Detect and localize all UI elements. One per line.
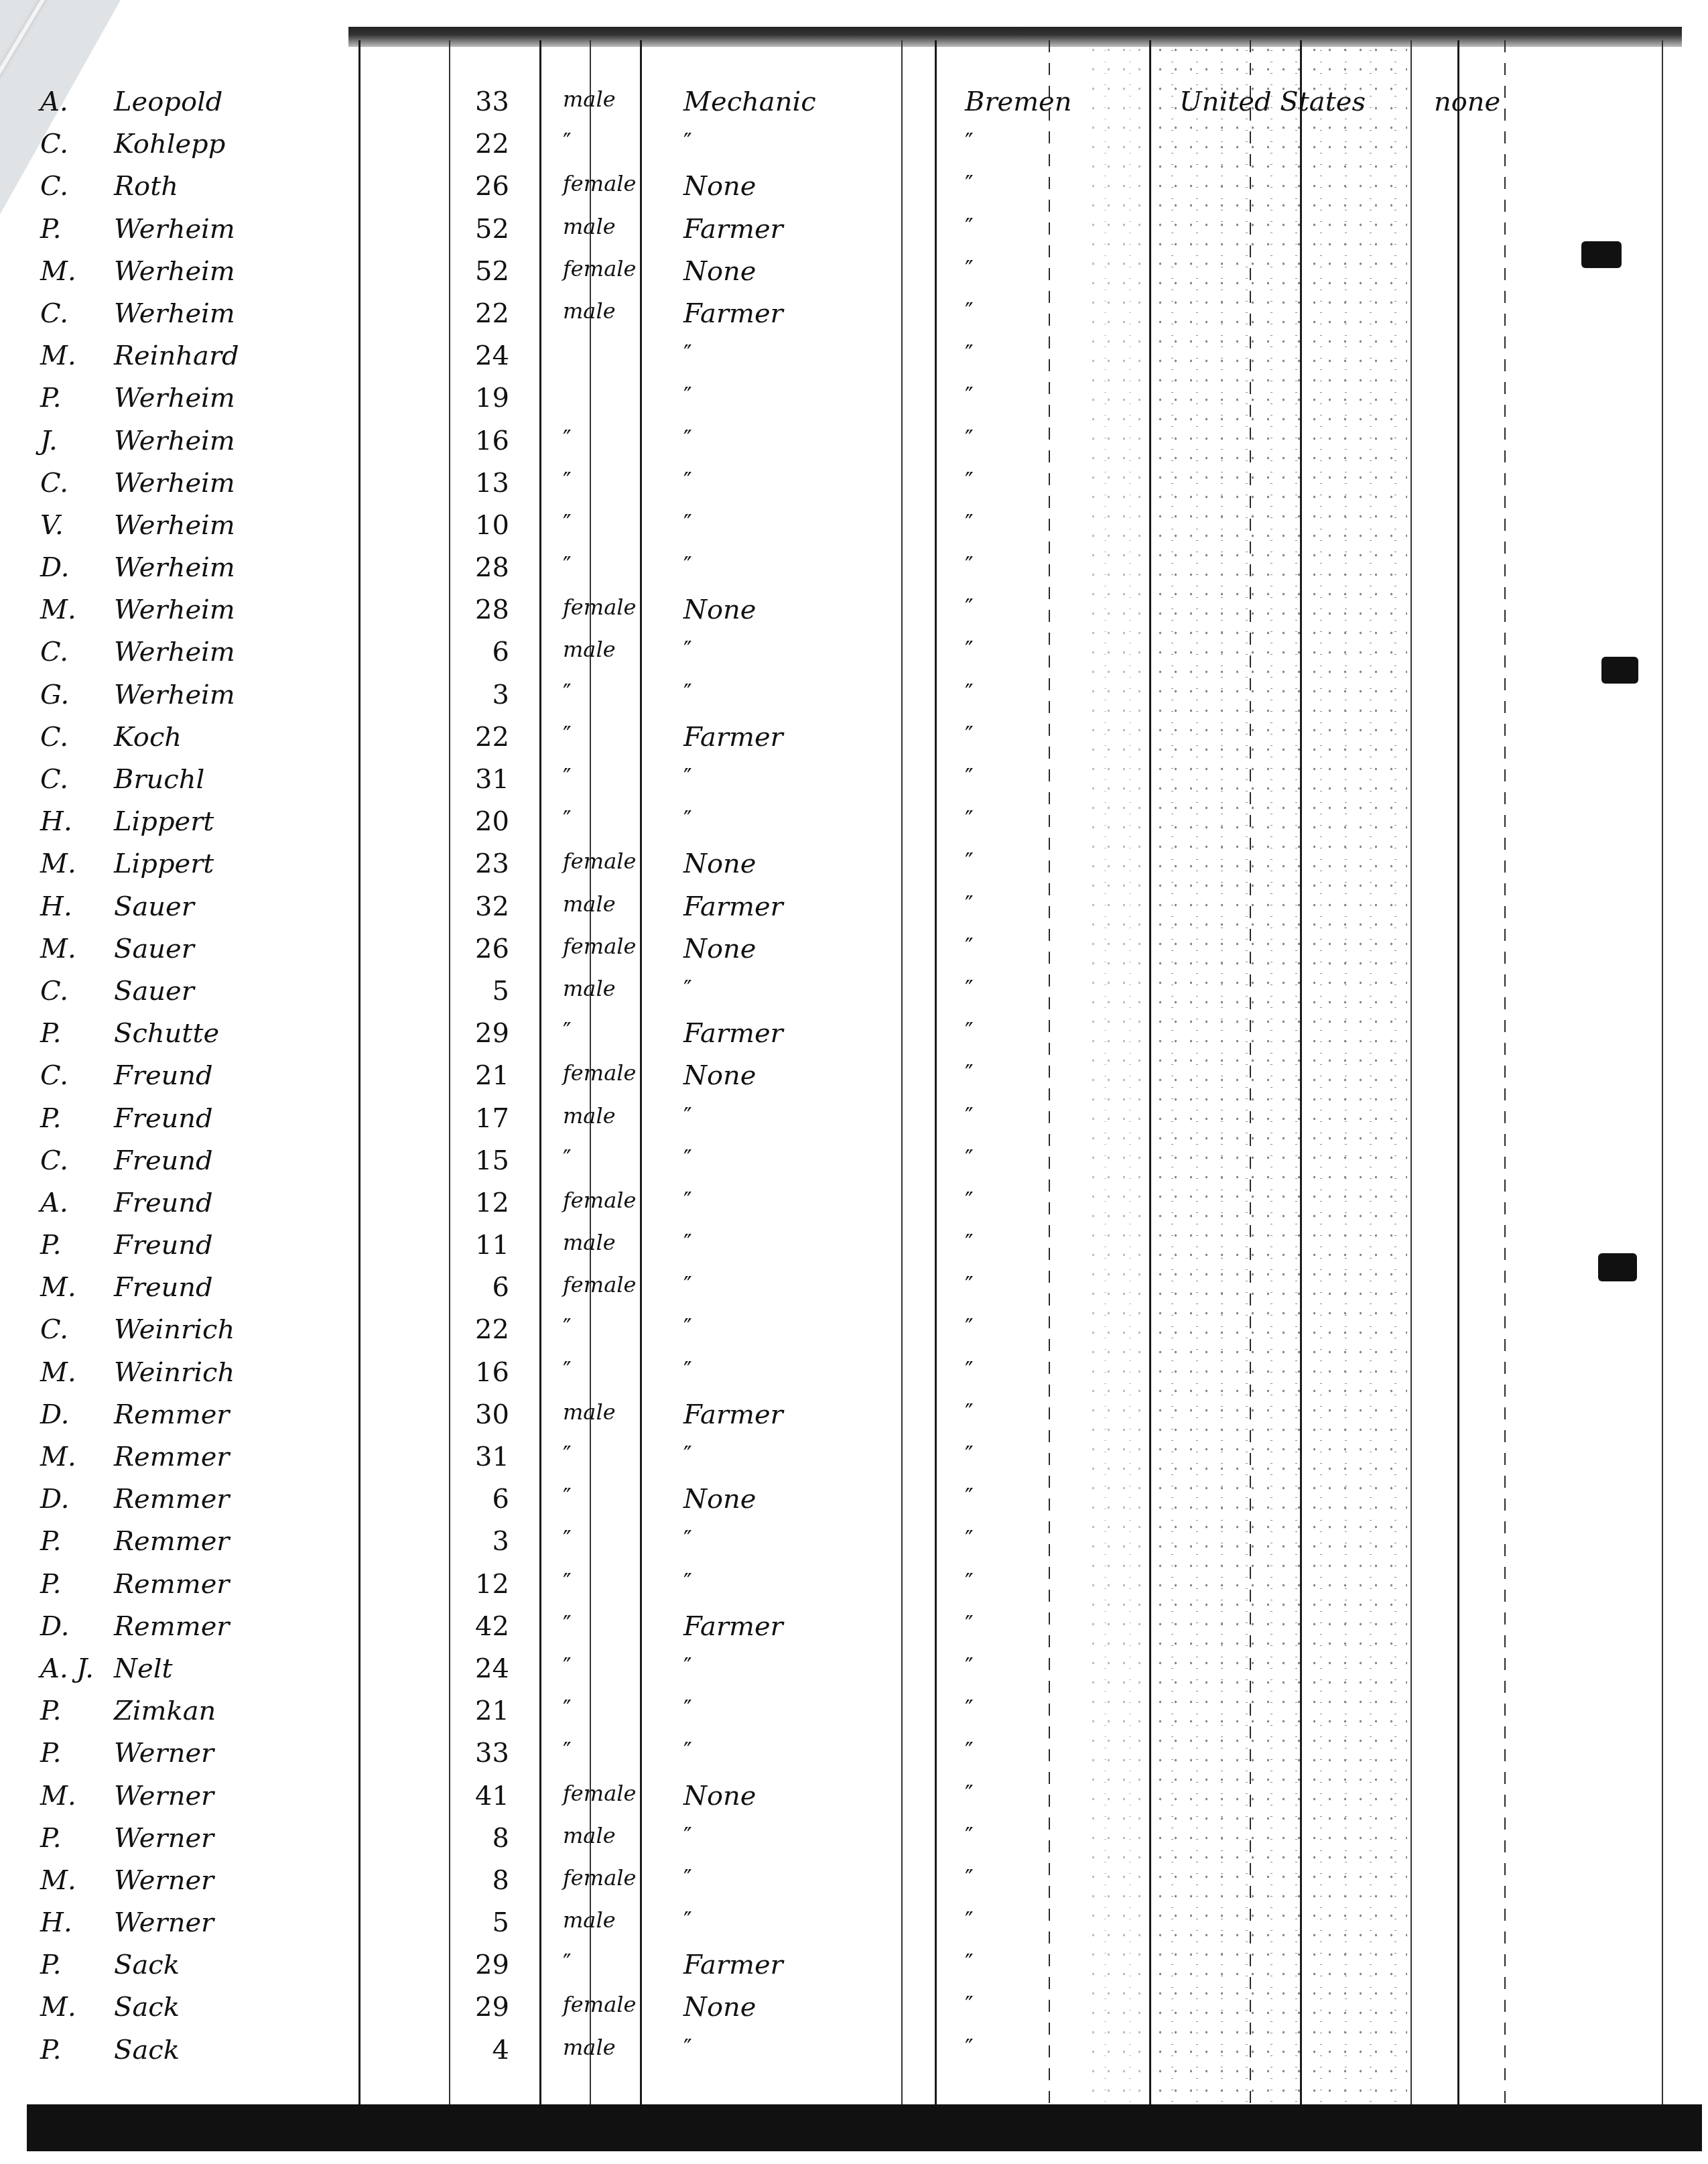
passenger-age: 24 — [462, 340, 509, 371]
passenger-occupation: None — [683, 171, 757, 202]
passenger-initial: M. — [40, 934, 87, 964]
passenger-surname: Freund — [114, 1145, 213, 1176]
passenger-initial: C. — [40, 1060, 87, 1091]
passenger-row: C. Freund 21 female None ″ — [40, 1058, 1668, 1100]
passenger-age: 16 — [462, 1357, 509, 1388]
passenger-initial: P. — [40, 1526, 87, 1557]
passenger-occupation: ″ — [683, 1569, 692, 1596]
passenger-surname: Sack — [114, 1992, 180, 2023]
passenger-row: C. Roth 26 female None ″ — [40, 168, 1668, 210]
passenger-occupation: ″ — [683, 1907, 692, 1934]
passenger-row: M. Sauer 26 female None ″ — [40, 931, 1668, 973]
passenger-row: P. Schutte 29 ″ Farmer ″ — [40, 1015, 1668, 1058]
passenger-occupation: ″ — [683, 1357, 692, 1384]
passenger-initial: C. — [40, 764, 87, 795]
passenger-surname: Remmer — [114, 1611, 229, 1642]
passenger-initial: M. — [40, 1865, 87, 1896]
passenger-sex: female — [563, 1272, 636, 1297]
passenger-country-from: ″ — [965, 552, 974, 579]
passenger-row: M. Remmer 31 ″ ″ ″ — [40, 1439, 1668, 1481]
passenger-row: M. Werner 8 female ″ ″ — [40, 1862, 1668, 1905]
passenger-occupation: ″ — [683, 552, 692, 579]
passenger-age: 22 — [462, 298, 509, 329]
passenger-country-from: ″ — [965, 1314, 974, 1341]
passenger-initial: C. — [40, 722, 87, 753]
passenger-age: 26 — [462, 934, 509, 964]
passenger-age: 29 — [462, 1018, 509, 1049]
passenger-age: 41 — [462, 1781, 509, 1811]
passenger-surname: Bruchl — [114, 764, 204, 795]
passenger-age: 29 — [462, 1950, 509, 1980]
passenger-surname: Werheim — [114, 426, 235, 456]
passenger-occupation: ″ — [683, 680, 692, 706]
passenger-country-from: ″ — [965, 1272, 974, 1299]
passenger-surname: Leopold — [114, 86, 222, 117]
passenger-age: 42 — [462, 1611, 509, 1642]
passenger-sex: male — [563, 1823, 616, 1848]
passenger-surname: Koch — [114, 722, 182, 753]
passenger-age: 19 — [462, 383, 509, 413]
passenger-sex: ″ — [563, 1696, 572, 1722]
passenger-age: 28 — [462, 594, 509, 625]
passenger-country-from: ″ — [965, 1145, 974, 1172]
passenger-surname: Werheim — [114, 637, 235, 667]
passenger-row: P. Werner 33 ″ ″ ″ — [40, 1735, 1668, 1777]
passenger-country-from: ″ — [965, 934, 974, 960]
passenger-sex: male — [563, 1907, 616, 1933]
passenger-age: 5 — [462, 976, 509, 1007]
passenger-initial: J. — [40, 426, 87, 456]
passenger-row: P. Freund 11 male ″ ″ — [40, 1227, 1668, 1269]
passenger-country-from: ″ — [965, 722, 974, 749]
passenger-occupation: None — [683, 934, 757, 964]
passenger-age: 31 — [462, 764, 509, 795]
passenger-sex: male — [563, 891, 616, 917]
passenger-country-from: ″ — [965, 764, 974, 791]
passenger-row: A. J. Nelt 24 ″ ″ ″ — [40, 1651, 1668, 1693]
passenger-sex: ″ — [563, 468, 572, 495]
passenger-sex: ″ — [563, 680, 572, 706]
passenger-surname: Werner — [114, 1865, 214, 1896]
passenger-row: C. Werheim 6 male ″ ″ — [40, 634, 1668, 676]
passenger-surname: Sack — [114, 2035, 180, 2065]
passenger-age: 12 — [462, 1188, 509, 1218]
passenger-sex: ″ — [563, 129, 572, 155]
passenger-age: 8 — [462, 1823, 509, 1854]
passenger-occupation: ″ — [683, 1188, 692, 1214]
passenger-sex: ″ — [563, 1569, 572, 1596]
passenger-row: P. Sack 29 ″ Farmer ″ — [40, 1947, 1668, 1989]
passenger-age: 28 — [462, 552, 509, 583]
passenger-occupation: ″ — [683, 510, 692, 537]
passenger-age: 33 — [462, 86, 509, 117]
passenger-initial: P. — [40, 1696, 87, 1726]
passenger-sex: ″ — [563, 1018, 572, 1045]
passenger-surname: Weinrich — [114, 1357, 235, 1388]
passenger-row: P. Werner 8 male ″ ″ — [40, 1820, 1668, 1862]
passenger-age: 52 — [462, 256, 509, 287]
passenger-country-from: ″ — [965, 848, 974, 875]
passenger-occupation: ″ — [683, 1145, 692, 1172]
passenger-row: M. Werheim 28 female None ″ — [40, 592, 1668, 634]
passenger-age: 21 — [462, 1060, 509, 1091]
passenger-occupation: Farmer — [683, 722, 783, 753]
passenger-surname: Werner — [114, 1738, 214, 1769]
passenger-row: P. Freund 17 male ″ ″ — [40, 1100, 1668, 1143]
passenger-occupation: None — [683, 1484, 757, 1515]
passenger-age: 8 — [462, 1865, 509, 1896]
passenger-country-from: ″ — [965, 383, 974, 409]
passenger-age: 15 — [462, 1145, 509, 1176]
passenger-initial: C. — [40, 298, 87, 329]
passenger-age: 21 — [462, 1696, 509, 1726]
passenger-initial: P. — [40, 1230, 87, 1261]
passenger-occupation: ″ — [683, 1272, 692, 1299]
passenger-sex: male — [563, 2035, 616, 2060]
passenger-country-from: ″ — [965, 298, 974, 325]
passenger-sex: female — [563, 1992, 636, 2017]
passenger-died: none — [1434, 86, 1500, 117]
passenger-occupation: ″ — [683, 1314, 692, 1341]
passenger-surname: Werheim — [114, 214, 235, 245]
passenger-sex: female — [563, 256, 636, 281]
passenger-country-from: ″ — [965, 340, 974, 367]
passenger-sex: female — [563, 848, 636, 874]
passenger-surname: Roth — [114, 171, 178, 202]
passenger-occupation: ″ — [683, 1823, 692, 1850]
passenger-age: 12 — [462, 1569, 509, 1600]
passenger-country-from: ″ — [965, 1992, 974, 2019]
passenger-sex: ″ — [563, 1526, 572, 1553]
passenger-country-from: ″ — [965, 1103, 974, 1130]
passenger-occupation: ″ — [683, 1865, 692, 1892]
passenger-age: 29 — [462, 1992, 509, 2023]
passenger-row: P. Remmer 12 ″ ″ ″ — [40, 1566, 1668, 1608]
passenger-row: D. Remmer 42 ″ Farmer ″ — [40, 1608, 1668, 1651]
passenger-age: 52 — [462, 214, 509, 245]
passenger-age: 22 — [462, 1314, 509, 1345]
passenger-sex: male — [563, 637, 616, 662]
passenger-row: P. Sack 4 male ″ ″ — [40, 2032, 1668, 2074]
passenger-sex: ″ — [563, 722, 572, 749]
passenger-age: 23 — [462, 848, 509, 879]
passenger-sex: ″ — [563, 552, 572, 579]
passenger-sex: ″ — [563, 1611, 572, 1638]
passenger-surname: Lippert — [114, 848, 214, 879]
passenger-country-from: ″ — [965, 680, 974, 706]
passenger-initial: H. — [40, 1907, 87, 1938]
passenger-surname: Remmer — [114, 1569, 229, 1600]
passenger-row: A. Leopold 33 male Mechanic Bremen Unite… — [40, 84, 1668, 126]
passenger-initial: C. — [40, 171, 87, 202]
passenger-country-from: ″ — [965, 1018, 974, 1045]
passenger-country-from: ″ — [965, 1781, 974, 1807]
passenger-occupation: Mechanic — [683, 86, 816, 117]
passenger-age: 24 — [462, 1653, 509, 1684]
passenger-occupation: Farmer — [683, 214, 783, 245]
passenger-surname: Freund — [114, 1188, 213, 1218]
passenger-initial: H. — [40, 806, 87, 837]
passenger-occupation: None — [683, 1992, 757, 2023]
passenger-row: J. Werheim 16 ″ ″ ″ — [40, 423, 1668, 465]
passenger-country-from: ″ — [965, 1442, 974, 1468]
passenger-sex: ″ — [563, 510, 572, 537]
passenger-sex: female — [563, 171, 636, 196]
passenger-country-from: ″ — [965, 1060, 974, 1087]
bottom-border — [27, 2104, 1702, 2151]
passenger-occupation: ″ — [683, 1103, 692, 1130]
passenger-sex: ″ — [563, 426, 572, 452]
passenger-country-from: ″ — [965, 891, 974, 918]
passenger-occupation: ″ — [683, 764, 692, 791]
passenger-row: C. Weinrich 22 ″ ″ ″ — [40, 1312, 1668, 1354]
passenger-occupation: None — [683, 1060, 757, 1091]
passenger-age: 6 — [462, 1484, 509, 1515]
passenger-surname: Freund — [114, 1060, 213, 1091]
passenger-row: P. Remmer 3 ″ ″ ″ — [40, 1523, 1668, 1566]
passenger-age: 6 — [462, 637, 509, 667]
passenger-row: M. Werner 41 female None ″ — [40, 1778, 1668, 1820]
passenger-country-from: ″ — [965, 1230, 974, 1257]
passenger-occupation: Farmer — [683, 1950, 783, 1980]
passenger-initial: P. — [40, 1950, 87, 1980]
passenger-age: 13 — [462, 468, 509, 499]
passenger-initial: A. J. — [40, 1653, 87, 1684]
passenger-surname: Remmer — [114, 1526, 229, 1557]
passenger-initial: C. — [40, 1314, 87, 1345]
passenger-initial: D. — [40, 552, 87, 583]
passenger-row: P. Werheim 52 male Farmer ″ — [40, 211, 1668, 253]
passenger-initial: A. — [40, 86, 87, 117]
passenger-sex: male — [563, 86, 616, 112]
passenger-initial: C. — [40, 129, 87, 160]
passenger-initial: P. — [40, 1569, 87, 1600]
passenger-initial: D. — [40, 1611, 87, 1642]
passenger-country-from: ″ — [965, 1484, 974, 1511]
passenger-initial: P. — [40, 1738, 87, 1769]
passenger-surname: Werner — [114, 1907, 214, 1938]
passenger-row: C. Kohlepp 22 ″ ″ ″ — [40, 126, 1668, 168]
passenger-row: C. Sauer 5 male ″ ″ — [40, 973, 1668, 1015]
passenger-country-from: ″ — [965, 976, 974, 1003]
passenger-sex: female — [563, 1781, 636, 1806]
passenger-initial: M. — [40, 1992, 87, 2023]
passenger-age: 33 — [462, 1738, 509, 1769]
passenger-occupation: ″ — [683, 1526, 692, 1553]
passenger-country-from: ″ — [965, 1653, 974, 1680]
passenger-sex: ″ — [563, 1314, 572, 1341]
passenger-age: 32 — [462, 891, 509, 922]
passenger-row: M. Werheim 52 female None ″ — [40, 253, 1668, 296]
passenger-initial: M. — [40, 340, 87, 371]
passenger-country-from: Bremen — [965, 86, 1072, 117]
passenger-sex: ″ — [563, 1357, 572, 1384]
passenger-initial: A. — [40, 1188, 87, 1218]
passenger-country-from: ″ — [965, 256, 974, 283]
passenger-sex: ″ — [563, 1442, 572, 1468]
passenger-country-from: ″ — [965, 1399, 974, 1426]
passenger-row: M. Sack 29 female None ″ — [40, 1989, 1668, 2031]
top-border — [348, 27, 1682, 47]
passenger-list: A. Leopold 33 male Mechanic Bremen Unite… — [40, 84, 1668, 2074]
passenger-initial: G. — [40, 680, 87, 710]
passenger-country-from: ″ — [965, 806, 974, 833]
passenger-occupation: ″ — [683, 637, 692, 663]
passenger-surname: Werheim — [114, 680, 235, 710]
passenger-age: 22 — [462, 722, 509, 753]
passenger-row: C. Bruchl 31 ″ ″ ″ — [40, 761, 1668, 804]
passenger-surname: Freund — [114, 1230, 213, 1261]
passenger-occupation: Farmer — [683, 891, 783, 922]
passenger-occupation: None — [683, 256, 757, 287]
passenger-country-from: ″ — [965, 1696, 974, 1722]
passenger-surname: Nelt — [114, 1653, 173, 1684]
passenger-occupation: ″ — [683, 383, 692, 409]
passenger-row: C. Freund 15 ″ ″ ″ — [40, 1143, 1668, 1185]
passenger-occupation: ″ — [683, 468, 692, 495]
passenger-sex: ″ — [563, 1653, 572, 1680]
passenger-row: C. Werheim 22 male Farmer ″ — [40, 296, 1668, 338]
passenger-surname: Remmer — [114, 1442, 229, 1472]
passenger-row: D. Remmer 6 ″ None ″ — [40, 1481, 1668, 1523]
passenger-sex: ″ — [563, 1484, 572, 1511]
passenger-occupation: Farmer — [683, 298, 783, 329]
passenger-sex: female — [563, 594, 636, 620]
passenger-initial: C. — [40, 976, 87, 1007]
passenger-initial: D. — [40, 1484, 87, 1515]
manifest-sheet: A. Leopold 33 male Mechanic Bremen Unite… — [40, 27, 1668, 2151]
passenger-country-from: ″ — [965, 637, 974, 663]
passenger-initial: P. — [40, 1018, 87, 1049]
passenger-age: 3 — [462, 680, 509, 710]
passenger-sex: female — [563, 1865, 636, 1891]
passenger-country-from: ″ — [965, 1611, 974, 1638]
passenger-surname: Remmer — [114, 1484, 229, 1515]
passenger-age: 3 — [462, 1526, 509, 1557]
passenger-country-from: ″ — [965, 510, 974, 537]
passenger-country-from: ″ — [965, 1907, 974, 1934]
passenger-country-from: ″ — [965, 1357, 974, 1384]
passenger-row: H. Sauer 32 male Farmer ″ — [40, 889, 1668, 931]
passenger-occupation: ″ — [683, 2035, 692, 2061]
passenger-sex: ″ — [563, 806, 572, 833]
passenger-row: M. Weinrich 16 ″ ″ ″ — [40, 1354, 1668, 1397]
passenger-age: 10 — [462, 510, 509, 541]
passenger-row: V. Werheim 10 ″ ″ ″ — [40, 507, 1668, 550]
passenger-country-from: ″ — [965, 1188, 974, 1214]
passenger-country-from: ″ — [965, 129, 974, 155]
passenger-surname: Freund — [114, 1272, 213, 1303]
passenger-country-from: ″ — [965, 1865, 974, 1892]
passenger-surname: Sauer — [114, 891, 194, 922]
passenger-initial: M. — [40, 1272, 87, 1303]
passenger-sex: male — [563, 1103, 616, 1129]
passenger-occupation: Farmer — [683, 1018, 783, 1049]
passenger-row: A. Freund 12 female ″ ″ — [40, 1185, 1668, 1227]
passenger-initial: M. — [40, 594, 87, 625]
passenger-occupation: ″ — [683, 976, 692, 1003]
passenger-age: 5 — [462, 1907, 509, 1938]
passenger-initial: P. — [40, 214, 87, 245]
passenger-surname: Weinrich — [114, 1314, 235, 1345]
passenger-surname: Reinhard — [114, 340, 239, 371]
passenger-surname: Werheim — [114, 468, 235, 499]
passenger-occupation: Farmer — [683, 1611, 783, 1642]
passenger-occupation: ″ — [683, 1230, 692, 1257]
passenger-row: D. Remmer 30 male Farmer ″ — [40, 1397, 1668, 1439]
passenger-sex: male — [563, 976, 616, 1001]
passenger-initial: D. — [40, 1399, 87, 1430]
passenger-country-from: ″ — [965, 2035, 974, 2061]
passenger-sex: male — [563, 1399, 616, 1425]
passenger-occupation: ″ — [683, 1653, 692, 1680]
passenger-row: D. Werheim 28 ″ ″ ″ — [40, 550, 1668, 592]
passenger-initial: M. — [40, 256, 87, 287]
passenger-surname: Werheim — [114, 552, 235, 583]
passenger-row: M. Lippert 23 female None ″ — [40, 846, 1668, 888]
passenger-country-from: ″ — [965, 426, 974, 452]
passenger-initial: M. — [40, 1781, 87, 1811]
passenger-sex: ″ — [563, 1738, 572, 1765]
passenger-initial: H. — [40, 891, 87, 922]
passenger-initial: C. — [40, 1145, 87, 1176]
passenger-row: P. Zimkan 21 ″ ″ ″ — [40, 1693, 1668, 1735]
passenger-surname: Schutte — [114, 1018, 219, 1049]
passenger-initial: P. — [40, 1103, 87, 1134]
passenger-sex: male — [563, 1230, 616, 1255]
passenger-occupation: ″ — [683, 1738, 692, 1765]
passenger-surname: Sauer — [114, 934, 194, 964]
passenger-sex: female — [563, 1060, 636, 1086]
passenger-row: G. Werheim 3 ″ ″ ″ — [40, 677, 1668, 719]
passenger-surname: Werner — [114, 1823, 214, 1854]
passenger-initial: P. — [40, 383, 87, 413]
passenger-initial: M. — [40, 1442, 87, 1472]
passenger-initial: C. — [40, 468, 87, 499]
passenger-country-from: ″ — [965, 214, 974, 241]
passenger-surname: Werheim — [114, 298, 235, 329]
passenger-country-from: ″ — [965, 1950, 974, 1976]
passenger-sex: female — [563, 1188, 636, 1213]
passenger-surname: Zimkan — [114, 1696, 216, 1726]
passenger-country-from: ″ — [965, 468, 974, 495]
passenger-row: M. Reinhard 24 ″ ″ — [40, 338, 1668, 380]
passenger-initial: P. — [40, 1823, 87, 1854]
passenger-age: 11 — [462, 1230, 509, 1261]
passenger-initial: M. — [40, 1357, 87, 1388]
passenger-country-from: ″ — [965, 594, 974, 621]
passenger-occupation: ″ — [683, 806, 692, 833]
passenger-surname: Werheim — [114, 383, 235, 413]
passenger-country-from: ″ — [965, 1569, 974, 1596]
passenger-sex: ″ — [563, 1950, 572, 1976]
passenger-surname: Werheim — [114, 594, 235, 625]
passenger-row: H. Werner 5 male ″ ″ — [40, 1905, 1668, 1947]
passenger-destination: United States — [1179, 86, 1366, 117]
passenger-occupation: Farmer — [683, 1399, 783, 1430]
passenger-sex: male — [563, 214, 616, 239]
passenger-row: M. Freund 6 female ″ ″ — [40, 1269, 1668, 1312]
passenger-surname: Remmer — [114, 1399, 229, 1430]
passenger-occupation: None — [683, 594, 757, 625]
passenger-occupation: None — [683, 1781, 757, 1811]
passenger-surname: Sack — [114, 1950, 180, 1980]
passenger-surname: Lippert — [114, 806, 214, 837]
passenger-sex: ″ — [563, 764, 572, 791]
passenger-initial: P. — [40, 2035, 87, 2065]
passenger-row: H. Lippert 20 ″ ″ ″ — [40, 804, 1668, 846]
passenger-row: C. Werheim 13 ″ ″ ″ — [40, 465, 1668, 507]
